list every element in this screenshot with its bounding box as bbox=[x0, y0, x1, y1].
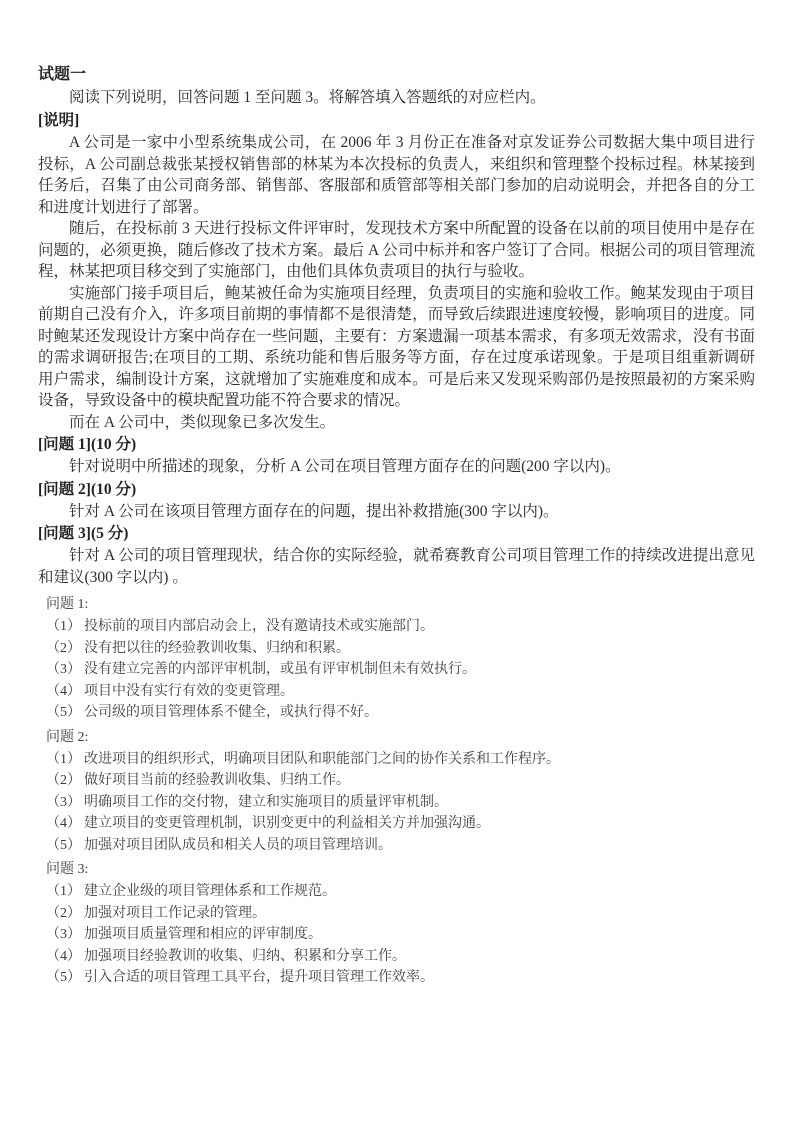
question-1-text: 针对说明中所描述的现象，分析 A 公司在项目管理方面存在的问题(200 字以内)… bbox=[38, 456, 755, 478]
answer-item: （3） 明确项目工作的交付物，建立和实施项目的质量评审机制。 bbox=[46, 792, 755, 814]
answer-item-number: （2） bbox=[46, 903, 82, 925]
question-2-text: 针对 A 公司在该项目管理方面存在的问题，提出补救措施(300 字以内)。 bbox=[38, 501, 755, 523]
answer-item: （3） 没有建立完善的内部评审机制，或虽有评审机制但未有效执行。 bbox=[46, 659, 755, 681]
answer-item-text: 加强对项目团队成员和相关人员的项目管理培训。 bbox=[82, 835, 755, 857]
answer-item: （1） 改进项目的组织形式，明确项目团队和职能部门之间的协作关系和工作程序。 bbox=[46, 749, 755, 771]
answer-section-2-heading: 问题 2: bbox=[46, 727, 755, 748]
answer-item-text: 加强项目质量管理和相应的评审制度。 bbox=[82, 924, 755, 946]
answer-item-number: （3） bbox=[46, 659, 82, 681]
answer-item-number: （3） bbox=[46, 792, 82, 814]
answer-item: （2） 做好项目当前的经验教训收集、归纳工作。 bbox=[46, 770, 755, 792]
answer-item-number: （1） bbox=[46, 881, 82, 903]
description-paragraph: A 公司是一家中小型系统集成公司，在 2006 年 3 月份正在准备对京发证券公… bbox=[38, 132, 755, 218]
answer-item: （2） 没有把以往的经验教训收集、归纳和积累。 bbox=[46, 638, 755, 660]
answer-item-number: （4） bbox=[46, 946, 82, 968]
question-3-text: 针对 A 公司的项目管理现状，结合你的实际经验，就希赛教育公司项目管理工作的持续… bbox=[38, 545, 755, 588]
answer-item-number: （5） bbox=[46, 702, 82, 724]
answer-item-text: 项目中没有实行有效的变更管理。 bbox=[82, 681, 755, 703]
description-paragraph: 而在 A 公司中，类似现象已多次发生。 bbox=[38, 412, 755, 434]
section-label-description: [说明] bbox=[38, 110, 755, 132]
answer-item-number: （5） bbox=[46, 967, 82, 989]
document-page: 试题一 阅读下列说明，回答问题 1 至问题 3。将解答填入答题纸的对应栏内。 [… bbox=[0, 0, 793, 1122]
answer-section-3: 问题 3: （1） 建立企业级的项目管理体系和工作规范。 （2） 加强对项目工作… bbox=[46, 859, 755, 989]
answer-item: （4） 加强项目经验教训的收集、归纳、积累和分享工作。 bbox=[46, 946, 755, 968]
answer-section-1: 问题 1: （1） 投标前的项目内部启动会上，没有邀请技术或实施部门。 （2） … bbox=[46, 594, 755, 724]
answer-item-number: （1） bbox=[46, 616, 82, 638]
answer-item: （1） 建立企业级的项目管理体系和工作规范。 bbox=[46, 881, 755, 903]
question-1-label: [问题 1](10 分) bbox=[38, 434, 755, 456]
answer-item-number: （1） bbox=[46, 749, 82, 771]
question-3-label: [问题 3](5 分) bbox=[38, 523, 755, 545]
answer-item-text: 引入合适的项目管理工具平台，提升项目管理工作效率。 bbox=[82, 967, 755, 989]
answer-item-number: （3） bbox=[46, 924, 82, 946]
answer-item-text: 加强对项目工作记录的管理。 bbox=[82, 903, 755, 925]
answer-item-text: 做好项目当前的经验教训收集、归纳工作。 bbox=[82, 770, 755, 792]
answer-item-number: （4） bbox=[46, 813, 82, 835]
answer-item: （3） 加强项目质量管理和相应的评审制度。 bbox=[46, 924, 755, 946]
answer-item: （4） 项目中没有实行有效的变更管理。 bbox=[46, 681, 755, 703]
answer-item-text: 公司级的项目管理体系不健全，或执行得不好。 bbox=[82, 702, 755, 724]
answer-item: （2） 加强对项目工作记录的管理。 bbox=[46, 903, 755, 925]
answer-item-text: 改进项目的组织形式，明确项目团队和职能部门之间的协作关系和工作程序。 bbox=[82, 749, 755, 771]
answer-item: （1） 投标前的项目内部启动会上，没有邀请技术或实施部门。 bbox=[46, 616, 755, 638]
answer-item-text: 建立企业级的项目管理体系和工作规范。 bbox=[82, 881, 755, 903]
answer-item: （5） 引入合适的项目管理工具平台，提升项目管理工作效率。 bbox=[46, 967, 755, 989]
answer-section-1-heading: 问题 1: bbox=[46, 594, 755, 615]
question-2-label: [问题 2](10 分) bbox=[38, 479, 755, 501]
answer-item: （5） 加强对项目团队成员和相关人员的项目管理培训。 bbox=[46, 835, 755, 857]
answer-item-number: （5） bbox=[46, 835, 82, 857]
answer-item-text: 没有把以往的经验教训收集、归纳和积累。 bbox=[82, 638, 755, 660]
answer-item-text: 明确项目工作的交付物，建立和实施项目的质量评审机制。 bbox=[82, 792, 755, 814]
answer-item: （5） 公司级的项目管理体系不健全，或执行得不好。 bbox=[46, 702, 755, 724]
answer-item: （4） 建立项目的变更管理机制，识别变更中的利益相关方并加强沟通。 bbox=[46, 813, 755, 835]
answers-block: 问题 1: （1） 投标前的项目内部启动会上，没有邀请技术或实施部门。 （2） … bbox=[46, 594, 755, 989]
answer-item-number: （2） bbox=[46, 770, 82, 792]
answer-item-number: （4） bbox=[46, 681, 82, 703]
answer-item-number: （2） bbox=[46, 638, 82, 660]
answer-section-2: 问题 2: （1） 改进项目的组织形式，明确项目团队和职能部门之间的协作关系和工… bbox=[46, 727, 755, 857]
description-paragraph: 随后，在投标前 3 天进行投标文件评审时，发现技术方案中所配置的设备在以前的项目… bbox=[38, 218, 755, 283]
page-title: 试题一 bbox=[38, 64, 755, 86]
answer-item-text: 没有建立完善的内部评审机制，或虽有评审机制但未有效执行。 bbox=[82, 659, 755, 681]
description-paragraph: 实施部门接手项目后，鲍某被任命为实施项目经理，负责项目的实施和验收工作。鲍某发现… bbox=[38, 283, 755, 412]
answer-item-text: 建立项目的变更管理机制，识别变更中的利益相关方并加强沟通。 bbox=[82, 813, 755, 835]
intro-text: 阅读下列说明，回答问题 1 至问题 3。将解答填入答题纸的对应栏内。 bbox=[38, 87, 755, 109]
answer-item-text: 加强项目经验教训的收集、归纳、积累和分享工作。 bbox=[82, 946, 755, 968]
answer-item-text: 投标前的项目内部启动会上，没有邀请技术或实施部门。 bbox=[82, 616, 755, 638]
answer-section-3-heading: 问题 3: bbox=[46, 859, 755, 880]
